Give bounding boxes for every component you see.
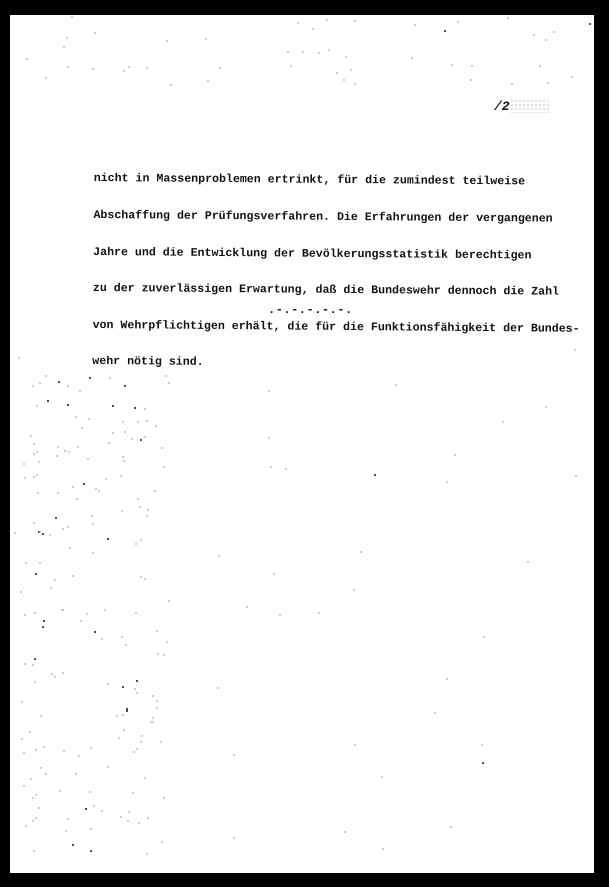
scan-speck bbox=[446, 481, 448, 483]
scan-speck bbox=[571, 76, 573, 78]
scan-speck bbox=[507, 17, 509, 19]
scan-speck bbox=[54, 676, 56, 678]
scan-speck bbox=[57, 446, 59, 448]
section-separator: .-.-.-.-.-. bbox=[268, 303, 353, 317]
scan-speck bbox=[42, 533, 44, 535]
scan-speck bbox=[146, 67, 148, 69]
scan-speck bbox=[33, 850, 35, 852]
scan-speck bbox=[23, 752, 25, 754]
scan-speck bbox=[30, 435, 32, 437]
scan-speck bbox=[302, 51, 304, 53]
scan-speck bbox=[67, 404, 69, 406]
scan-speck bbox=[136, 680, 138, 682]
scan-speck bbox=[45, 77, 47, 79]
scan-speck bbox=[511, 83, 513, 85]
faint-stamp-mark bbox=[510, 99, 550, 113]
scan-speck bbox=[205, 38, 207, 40]
scan-speck bbox=[128, 811, 130, 813]
scan-speck bbox=[20, 591, 22, 593]
scan-speck bbox=[156, 630, 158, 632]
scan-speck bbox=[150, 721, 152, 723]
scan-speck bbox=[344, 831, 346, 833]
scan-speck bbox=[25, 562, 27, 564]
scan-speck bbox=[354, 744, 356, 746]
scan-speck bbox=[65, 830, 67, 832]
scan-speck bbox=[354, 83, 356, 85]
scan-speck bbox=[434, 712, 436, 714]
text-line: nicht in Massenproblemen ertrinkt, für d… bbox=[94, 173, 594, 189]
scan-speck bbox=[268, 390, 270, 392]
scan-speck bbox=[38, 807, 40, 809]
scan-speck bbox=[90, 828, 92, 830]
scan-speck bbox=[42, 626, 44, 628]
scan-speck bbox=[24, 477, 26, 479]
scan-speck bbox=[312, 28, 314, 30]
scan-speck bbox=[33, 453, 35, 455]
scan-speck bbox=[414, 24, 416, 26]
scan-speck bbox=[374, 474, 376, 476]
scan-speck bbox=[24, 614, 26, 616]
scan-speck bbox=[128, 66, 130, 68]
scan-speck bbox=[34, 658, 36, 660]
scan-speck bbox=[40, 767, 42, 769]
scan-speck bbox=[138, 822, 140, 824]
scan-speck bbox=[116, 715, 118, 717]
scan-speck bbox=[123, 70, 125, 72]
scan-speck bbox=[168, 382, 170, 384]
scan-speck bbox=[85, 808, 87, 810]
scan-speck bbox=[121, 636, 123, 638]
scan-speck bbox=[481, 744, 483, 746]
scan-speck bbox=[32, 664, 34, 666]
scan-speck bbox=[233, 837, 235, 839]
scan-speck bbox=[39, 562, 41, 564]
scan-speck bbox=[137, 498, 139, 500]
scan-speck bbox=[56, 455, 58, 457]
body-paragraph: nicht in Massenproblemen ertrinkt, für d… bbox=[92, 149, 594, 397]
scan-speck bbox=[354, 20, 356, 22]
scan-speck bbox=[86, 613, 88, 615]
scan-speck bbox=[139, 506, 141, 508]
scan-speck bbox=[482, 762, 484, 764]
scan-speck bbox=[71, 16, 73, 18]
scan-speck bbox=[89, 377, 91, 379]
scan-speck bbox=[89, 791, 91, 793]
scan-speck bbox=[144, 408, 146, 410]
scan-speck bbox=[92, 552, 94, 554]
scan-speck bbox=[112, 432, 114, 434]
scan-speck bbox=[131, 438, 133, 440]
scan-speck bbox=[122, 686, 124, 688]
scan-speck bbox=[90, 747, 92, 749]
scan-speck bbox=[67, 818, 69, 820]
scan-speck bbox=[62, 672, 64, 674]
scan-speck bbox=[35, 573, 37, 575]
scan-speck bbox=[533, 34, 535, 36]
scan-speck bbox=[104, 609, 106, 611]
scan-speck bbox=[318, 52, 320, 54]
scan-speck bbox=[161, 841, 163, 843]
text-line: Abschaffung der Prüfungsverfahren. Die E… bbox=[93, 210, 594, 226]
scan-speck bbox=[328, 49, 330, 51]
scan-speck bbox=[25, 825, 27, 827]
scan-speck bbox=[471, 65, 473, 67]
scan-speck bbox=[45, 773, 47, 775]
scan-speck bbox=[101, 810, 103, 812]
scan-speck bbox=[123, 460, 125, 462]
scan-speck bbox=[140, 539, 142, 541]
scan-speck bbox=[126, 708, 128, 710]
scan-speck bbox=[134, 688, 136, 690]
scan-speck bbox=[40, 715, 42, 717]
scan-speck bbox=[146, 853, 148, 855]
scan-speck bbox=[63, 750, 65, 752]
scan-speck bbox=[95, 488, 97, 490]
scan-speck bbox=[45, 375, 47, 377]
scan-speck bbox=[92, 523, 94, 525]
scan-speck bbox=[108, 442, 110, 444]
page-number: /2 bbox=[494, 99, 510, 114]
scan-speck bbox=[502, 421, 504, 423]
scan-speck bbox=[101, 638, 103, 640]
scan-speck bbox=[118, 737, 120, 739]
scan-speck bbox=[61, 609, 63, 611]
scan-speck bbox=[38, 461, 40, 463]
scan-speck bbox=[21, 701, 23, 703]
scan-speck bbox=[43, 620, 45, 622]
scan-speck bbox=[43, 746, 45, 748]
scan-speck bbox=[154, 490, 156, 492]
scan-speck bbox=[451, 64, 453, 66]
scan-speck bbox=[133, 751, 135, 753]
scan-speck bbox=[23, 785, 25, 787]
text-line: zu der zuverlässigen Erwartung, daß die … bbox=[93, 283, 594, 299]
scan-speck bbox=[270, 466, 272, 468]
scan-speck bbox=[64, 450, 66, 452]
scan-speck bbox=[160, 741, 162, 743]
scan-speck bbox=[37, 492, 39, 494]
scan-speck bbox=[279, 614, 281, 616]
scan-speck bbox=[165, 375, 167, 377]
scan-speck bbox=[140, 741, 142, 743]
scan-speck bbox=[72, 486, 74, 488]
scan-speck bbox=[34, 612, 36, 614]
scan-speck bbox=[98, 490, 100, 492]
scan-speck bbox=[156, 700, 158, 702]
scan-speck bbox=[589, 23, 591, 25]
scan-speck bbox=[72, 844, 74, 846]
scan-speck bbox=[34, 681, 36, 683]
scan-speck bbox=[67, 526, 69, 528]
scan-speck bbox=[107, 766, 109, 768]
scan-speck bbox=[58, 381, 60, 383]
scan-speck bbox=[33, 522, 35, 524]
scan-speck bbox=[135, 612, 137, 614]
scan-speck bbox=[345, 56, 347, 58]
scan-speck bbox=[63, 46, 65, 48]
scan-speck bbox=[90, 850, 92, 852]
scan-speck bbox=[35, 794, 37, 796]
scan-speck bbox=[33, 443, 35, 445]
scan-speck bbox=[69, 547, 71, 549]
scan-speck bbox=[157, 653, 159, 655]
scan-speck bbox=[29, 731, 31, 733]
scan-speck bbox=[76, 498, 78, 500]
scan-speck bbox=[140, 439, 142, 441]
scan-speck bbox=[144, 578, 146, 580]
scan-speck bbox=[62, 528, 64, 530]
scan-speck bbox=[360, 551, 362, 553]
scan-speck bbox=[79, 390, 81, 392]
scan-speck bbox=[107, 683, 109, 685]
scan-speck bbox=[35, 749, 37, 751]
scan-speck bbox=[545, 39, 547, 41]
scan-speck bbox=[24, 663, 26, 665]
scan-speck bbox=[575, 475, 577, 477]
scan-speck bbox=[39, 382, 41, 384]
scan-speck bbox=[112, 405, 114, 407]
scan-speck bbox=[268, 437, 270, 439]
scan-speck bbox=[91, 515, 93, 517]
scan-speck bbox=[77, 446, 79, 448]
scan-speck bbox=[246, 606, 248, 608]
scan-speck bbox=[395, 384, 397, 386]
scan-speck bbox=[120, 816, 122, 818]
scan-speck bbox=[217, 687, 219, 689]
scan-speck bbox=[446, 678, 448, 680]
scan-speck bbox=[122, 456, 124, 458]
scan-speck bbox=[450, 826, 452, 828]
scan-speck bbox=[51, 673, 53, 675]
scan-speck bbox=[326, 19, 328, 21]
scan-speck bbox=[122, 714, 124, 716]
scan-speck bbox=[88, 418, 90, 420]
scan-speck bbox=[350, 69, 352, 71]
scan-speck bbox=[207, 80, 209, 82]
scan-speck bbox=[411, 57, 413, 59]
scan-speck bbox=[381, 776, 383, 778]
scan-speck bbox=[297, 22, 299, 24]
scan-speck bbox=[136, 692, 138, 694]
scan-speck bbox=[55, 517, 57, 519]
scan-speck bbox=[553, 31, 555, 33]
scan-speck bbox=[124, 431, 126, 433]
scan-speck bbox=[32, 385, 34, 387]
scan-speck bbox=[155, 425, 157, 427]
scan-speck bbox=[470, 79, 472, 81]
scan-speck bbox=[32, 797, 34, 799]
scan-speck bbox=[81, 427, 83, 429]
scan-speck bbox=[105, 478, 107, 480]
scan-speck bbox=[120, 475, 122, 477]
scan-speck bbox=[36, 474, 38, 476]
scan-speck bbox=[30, 778, 32, 780]
scan-speck bbox=[50, 587, 52, 589]
scan-speck bbox=[163, 654, 165, 656]
scan-speck bbox=[457, 21, 459, 23]
scan-speck bbox=[273, 573, 275, 575]
scan-speck bbox=[125, 644, 127, 646]
scan-speck bbox=[156, 707, 158, 709]
scan-speck bbox=[140, 576, 142, 578]
scan-speck bbox=[170, 84, 172, 86]
scan-speck bbox=[547, 82, 549, 84]
scan-speck bbox=[80, 620, 82, 622]
scan-speck bbox=[144, 777, 146, 779]
scan-speck bbox=[21, 738, 23, 740]
scan-speck bbox=[93, 805, 95, 807]
text-line: wehr nötig sind. bbox=[92, 356, 594, 372]
text-line: von Wehrpflichtigen erhält, die für die … bbox=[93, 320, 594, 336]
scan-speck bbox=[33, 476, 35, 478]
scan-speck bbox=[57, 492, 59, 494]
scan-speck bbox=[75, 416, 77, 418]
scan-speck bbox=[23, 463, 25, 465]
scan-speck bbox=[135, 543, 137, 545]
scan-speck bbox=[168, 600, 170, 602]
scan-speck bbox=[545, 406, 547, 408]
scan-speck bbox=[72, 575, 74, 577]
scan-speck bbox=[147, 817, 149, 819]
scan-speck bbox=[539, 65, 541, 67]
scan-speck bbox=[219, 67, 221, 69]
scan-speck bbox=[127, 820, 129, 822]
scanned-page: /2 nicht in Massenproblemen ertrinkt, fü… bbox=[10, 15, 594, 873]
scan-speck bbox=[54, 579, 56, 581]
scan-speck bbox=[166, 40, 168, 42]
scan-speck bbox=[124, 385, 126, 387]
scan-speck bbox=[123, 729, 125, 731]
scan-speck bbox=[161, 447, 163, 449]
scan-speck bbox=[83, 483, 85, 485]
scan-speck bbox=[36, 451, 38, 453]
scan-speck bbox=[94, 631, 96, 633]
scan-speck bbox=[67, 66, 69, 68]
scan-speck bbox=[152, 717, 154, 719]
scan-speck bbox=[382, 848, 384, 850]
scan-speck bbox=[290, 65, 292, 67]
scan-speck bbox=[318, 612, 320, 614]
scan-speck bbox=[68, 451, 70, 453]
scan-speck bbox=[152, 721, 154, 723]
scan-speck bbox=[122, 421, 124, 423]
scan-speck bbox=[336, 72, 338, 74]
scan-speck bbox=[18, 357, 20, 359]
scan-speck bbox=[444, 30, 446, 32]
scan-speck bbox=[152, 695, 154, 697]
scan-speck bbox=[92, 68, 94, 70]
scan-speck bbox=[483, 636, 485, 638]
scan-speck bbox=[121, 510, 123, 512]
scan-speck bbox=[233, 754, 235, 756]
scan-speck bbox=[14, 532, 16, 534]
scan-speck bbox=[136, 748, 138, 750]
scan-speck bbox=[78, 755, 80, 757]
scan-speck bbox=[527, 561, 529, 563]
scan-speck bbox=[26, 58, 28, 60]
scan-speck bbox=[32, 820, 34, 822]
scan-speck bbox=[166, 641, 168, 643]
scan-speck bbox=[144, 436, 146, 438]
scan-speck bbox=[35, 817, 37, 819]
scan-speck bbox=[126, 710, 128, 712]
scan-speck bbox=[163, 466, 165, 468]
scan-speck bbox=[39, 531, 41, 533]
scan-speck bbox=[132, 792, 134, 794]
scan-speck bbox=[218, 555, 220, 557]
scan-speck bbox=[146, 420, 148, 422]
scan-speck bbox=[454, 454, 456, 456]
text-line: Jahre und die Entwicklung der Bevölkerun… bbox=[93, 247, 594, 263]
scan-speck bbox=[287, 51, 289, 53]
scan-speck bbox=[137, 421, 139, 423]
scan-speck bbox=[36, 405, 38, 407]
scan-speck bbox=[574, 349, 576, 351]
scan-speck bbox=[87, 458, 89, 460]
scan-speck bbox=[146, 515, 148, 517]
scan-speck bbox=[67, 385, 69, 387]
scan-speck bbox=[343, 79, 345, 81]
scan-speck bbox=[107, 538, 109, 540]
scan-speck bbox=[94, 32, 96, 34]
scan-speck bbox=[163, 797, 165, 799]
scan-speck bbox=[134, 407, 136, 409]
scan-speck bbox=[109, 377, 111, 379]
scan-speck bbox=[141, 735, 143, 737]
scan-speck bbox=[147, 509, 149, 511]
scan-speck bbox=[285, 468, 287, 470]
scan-speck bbox=[353, 589, 355, 591]
scan-speck bbox=[49, 534, 51, 536]
scan-speck bbox=[59, 790, 61, 792]
scan-speck bbox=[66, 37, 68, 39]
scan-speck bbox=[75, 773, 77, 775]
scan-speck bbox=[47, 400, 49, 402]
